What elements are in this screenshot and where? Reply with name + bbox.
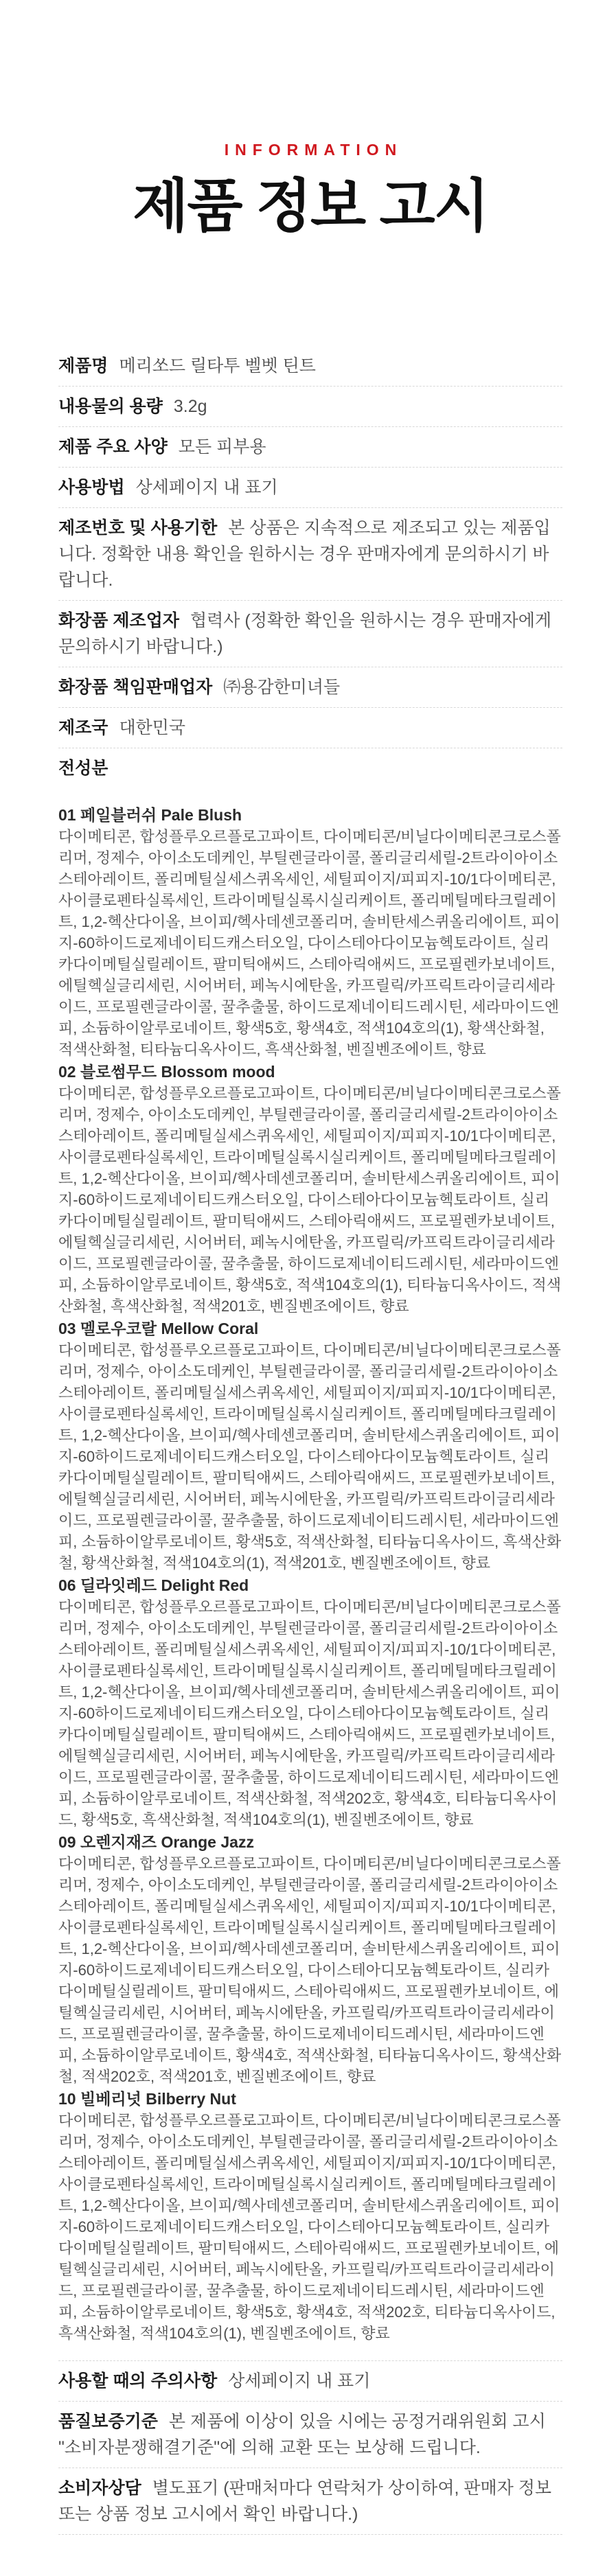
shade-name: 02 블로썸무드 Blossom mood [58,1061,562,1083]
page-header: INFORMATION 제품 정보 고시 [58,0,562,236]
row-value: 메리쏘드 릴타투 벨벳 틴트 [119,356,316,376]
row-label: 화장품 책임판매업자 [58,678,212,697]
shade-ingredients: 다이메티콘, 합성플루오르플로고파이트, 다이메티콘/비닐다이메티콘크로스폴리머… [58,1339,562,1574]
row-label: 제조국 [58,718,108,737]
shade-block-orange-jazz: 09 오렌지재즈 Orange Jazz 다이메티콘, 합성플루오르플로고파이트… [58,1832,562,2087]
row-manufacture-date: 제조번호 및 사용기한본 상품은 지속적으로 제조되고 있는 제품입니다. 정확… [58,508,562,601]
shade-name: 09 오렌지재즈 Orange Jazz [58,1832,562,1853]
shade-list: 01 페일블러쉬 Pale Blush 다이메티콘, 합성플루오르플로고파이트,… [58,805,562,2344]
row-product-name: 제품명메리쏘드 릴타투 벨벳 틴트 [58,346,562,387]
row-label: 제품 주요 사양 [58,437,168,457]
row-label: 제조번호 및 사용기한 [58,518,217,538]
row-label: 사용할 때의 주의사항 [58,2371,217,2391]
row-value: 상세페이지 내 표기 [136,478,278,497]
shade-ingredients: 다이메티콘, 합성플루오르플로고파이트, 다이메티콘/비닐다이메티콘크로스폴리머… [58,1596,562,1830]
shade-ingredients: 다이메티콘, 합성플루오르플로고파이트, 다이메티콘/비닐다이메티콘크로스폴리머… [58,2110,562,2344]
shade-name: 06 딜라잇레드 Delight Red [58,1575,562,1596]
row-quality-guarantee: 품질보증기준본 제품에 이상이 있을 시에는 공정거래위원회 고시 "소비자분쟁… [58,2402,562,2468]
row-manufacturer: 화장품 제조업자협력사 (정확한 확인을 원하시는 경우 판매자에게 문의하시기… [58,601,562,667]
row-country-of-origin: 제조국대한민국 [58,708,562,748]
shade-block-bilberry-nut: 10 빌베리넛 Bilberry Nut 다이메티콘, 합성플루오르플로고파이트… [58,2089,562,2344]
row-label: 품질보증기준 [58,2412,158,2431]
shade-name: 01 페일블러쉬 Pale Blush [58,805,562,826]
row-ingredients: 전성분 01 페일블러쉬 Pale Blush 다이메티콘, 합성플루오르플로고… [58,748,562,2361]
row-responsible-seller: 화장품 책임판매업자㈜용감한미녀들 [58,667,562,708]
row-value: 상세페이지 내 표기 [228,2371,370,2391]
shade-ingredients: 다이메티콘, 합성플루오르플로고파이트, 다이메티콘/비닐다이메티콘크로스폴리머… [58,1853,562,2087]
shade-block-delight-red: 06 딜라잇레드 Delight Red 다이메티콘, 합성플루오르플로고파이트… [58,1575,562,1830]
shade-name: 03 멜로우코랄 Mellow Coral [58,1318,562,1339]
row-value: 모든 피부용 [179,437,266,457]
row-label: 화장품 제조업자 [58,611,179,630]
row-content-volume: 내용물의 용량3.2g [58,387,562,427]
row-value: 3.2g [174,397,207,416]
information-eyebrow: INFORMATION [58,141,562,159]
row-consumer-consultation: 소비자상담별도표기 (판매처마다 연락처가 상이하여, 판매자 정보 또는 상품… [58,2468,562,2535]
row-label: 제품명 [58,356,108,376]
product-info-page: INFORMATION 제품 정보 고시 제품명메리쏘드 릴타투 벨벳 틴트 내… [0,0,594,2576]
shade-block-mellow-coral: 03 멜로우코랄 Mellow Coral 다이메티콘, 합성플루오르플로고파이… [58,1318,562,1574]
page-title: 제품 정보 고시 [58,176,562,236]
row-usage: 사용방법상세페이지 내 표기 [58,468,562,508]
shade-block-blossom-mood: 02 블로썸무드 Blossom mood 다이메티콘, 합성플루오르플로고파이… [58,1061,562,1317]
row-product-spec: 제품 주요 사양모든 피부용 [58,427,562,468]
row-value: 대한민국 [119,718,185,737]
product-info-table: 제품명메리쏘드 릴타투 벨벳 틴트 내용물의 용량3.2g 제품 주요 사양모든… [58,346,562,2535]
row-value: ㈜용감한미녀들 [223,678,340,697]
shade-ingredients: 다이메티콘, 합성플루오르플로고파이트, 다이메티콘/비닐다이메티콘크로스폴리머… [58,826,562,1060]
shade-name: 10 빌베리넛 Bilberry Nut [58,2089,562,2110]
row-label: 사용방법 [58,478,125,497]
shade-ingredients: 다이메티콘, 합성플루오르플로고파이트, 다이메티콘/비닐다이메티콘크로스폴리머… [58,1083,562,1317]
row-caution: 사용할 때의 주의사항상세페이지 내 표기 [58,2361,562,2402]
ingredients-label: 전성분 [58,755,562,781]
row-label: 내용물의 용량 [58,397,163,416]
shade-block-pale-blush: 01 페일블러쉬 Pale Blush 다이메티콘, 합성플루오르플로고파이트,… [58,805,562,1060]
row-label: 소비자상담 [58,2479,141,2498]
